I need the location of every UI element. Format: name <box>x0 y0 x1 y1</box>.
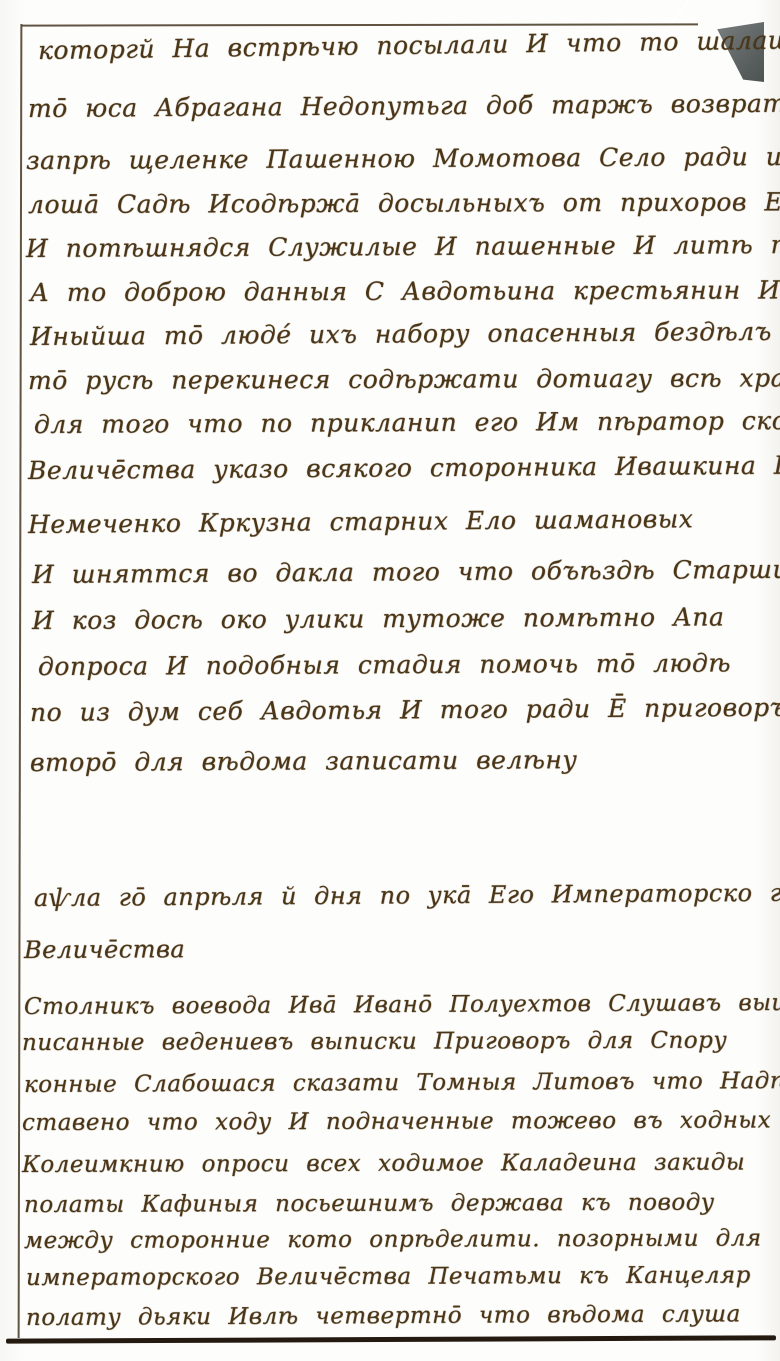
manuscript-line: по из дум себ Авдотья И того ради Е̄ при… <box>30 693 780 727</box>
manuscript-line: императорского Величе̄ства Печатьми къ К… <box>26 1262 751 1291</box>
manuscript-line: Величе̄ства указо всякого сторонника Ива… <box>28 450 780 485</box>
manuscript-line: запрѣ щеленке Пашенною Момотова Село рад… <box>26 142 780 175</box>
manuscript-line: Немеченко Кркузна старних Ело шамановых <box>28 504 693 539</box>
manuscript-line: между сторонние кото опрѣделити. позорны… <box>24 1225 762 1254</box>
manuscript-dateline: аѱла го̄ апрѣля й дня по ука̄ Его Импер… <box>34 879 780 912</box>
manuscript-line: для того что по прикланип его Им пѣратор… <box>34 406 780 439</box>
manuscript-scan: которгй На встрѣчю посылали И что то ша… <box>0 0 780 1361</box>
manuscript-line: полату дьяки Ивлѣ четвертно̄ что вѣдома … <box>26 1301 741 1331</box>
manuscript-line: И шняттся во дакла того что объѣздѣ Стар… <box>32 554 780 589</box>
manuscript-line: то̄ юса Абрагана Недопутьга доб̄ таржъ в… <box>28 88 780 123</box>
manuscript-line: Иныйша то̄ люде́ ихъ набору опасенныя бе… <box>30 317 772 351</box>
manuscript-line: ставено что ходу И подначенные тожево въ… <box>22 1107 771 1136</box>
manuscript-line: Столникъ воевода Ива̄ Ивано̄ Полуехтов С… <box>24 990 780 1020</box>
manuscript-line: полаты Кафиныя посьешнимъ держава къ пов… <box>24 1190 715 1218</box>
manuscript-line: И коз досѣ око улики тутоже помѣтно Апа <box>32 602 725 635</box>
manuscript-dateline: Величе̄ства <box>24 935 185 964</box>
manuscript-line: писанные ведениевъ выписки Приговоръ для… <box>22 1028 727 1056</box>
manuscript-line: И потѣшнядся Служилые И пашенные И литѣ … <box>26 230 780 263</box>
manuscript-line: лоша̄ Садѣ Исодѣржа̄ досыльныхъ от прихо… <box>28 187 780 219</box>
manuscript-line: допроса И подобныя стадия помочь то̄ люд… <box>38 648 731 681</box>
manuscript-line: А то доброю данныя С Авдотьина крестьяни… <box>30 275 780 307</box>
manuscript-line: второ̄ для вѣдома записати велѣну <box>30 745 578 777</box>
manuscript-line: то̄ русѣ перекинеся содѣржати дотиагу вс… <box>28 363 780 395</box>
manuscript-line: конные Слабошася сказати Томныя Литовъ ч… <box>24 1068 780 1098</box>
manuscript-line: Колеимкнию опроси всех ходимое Каладеина… <box>22 1149 745 1178</box>
